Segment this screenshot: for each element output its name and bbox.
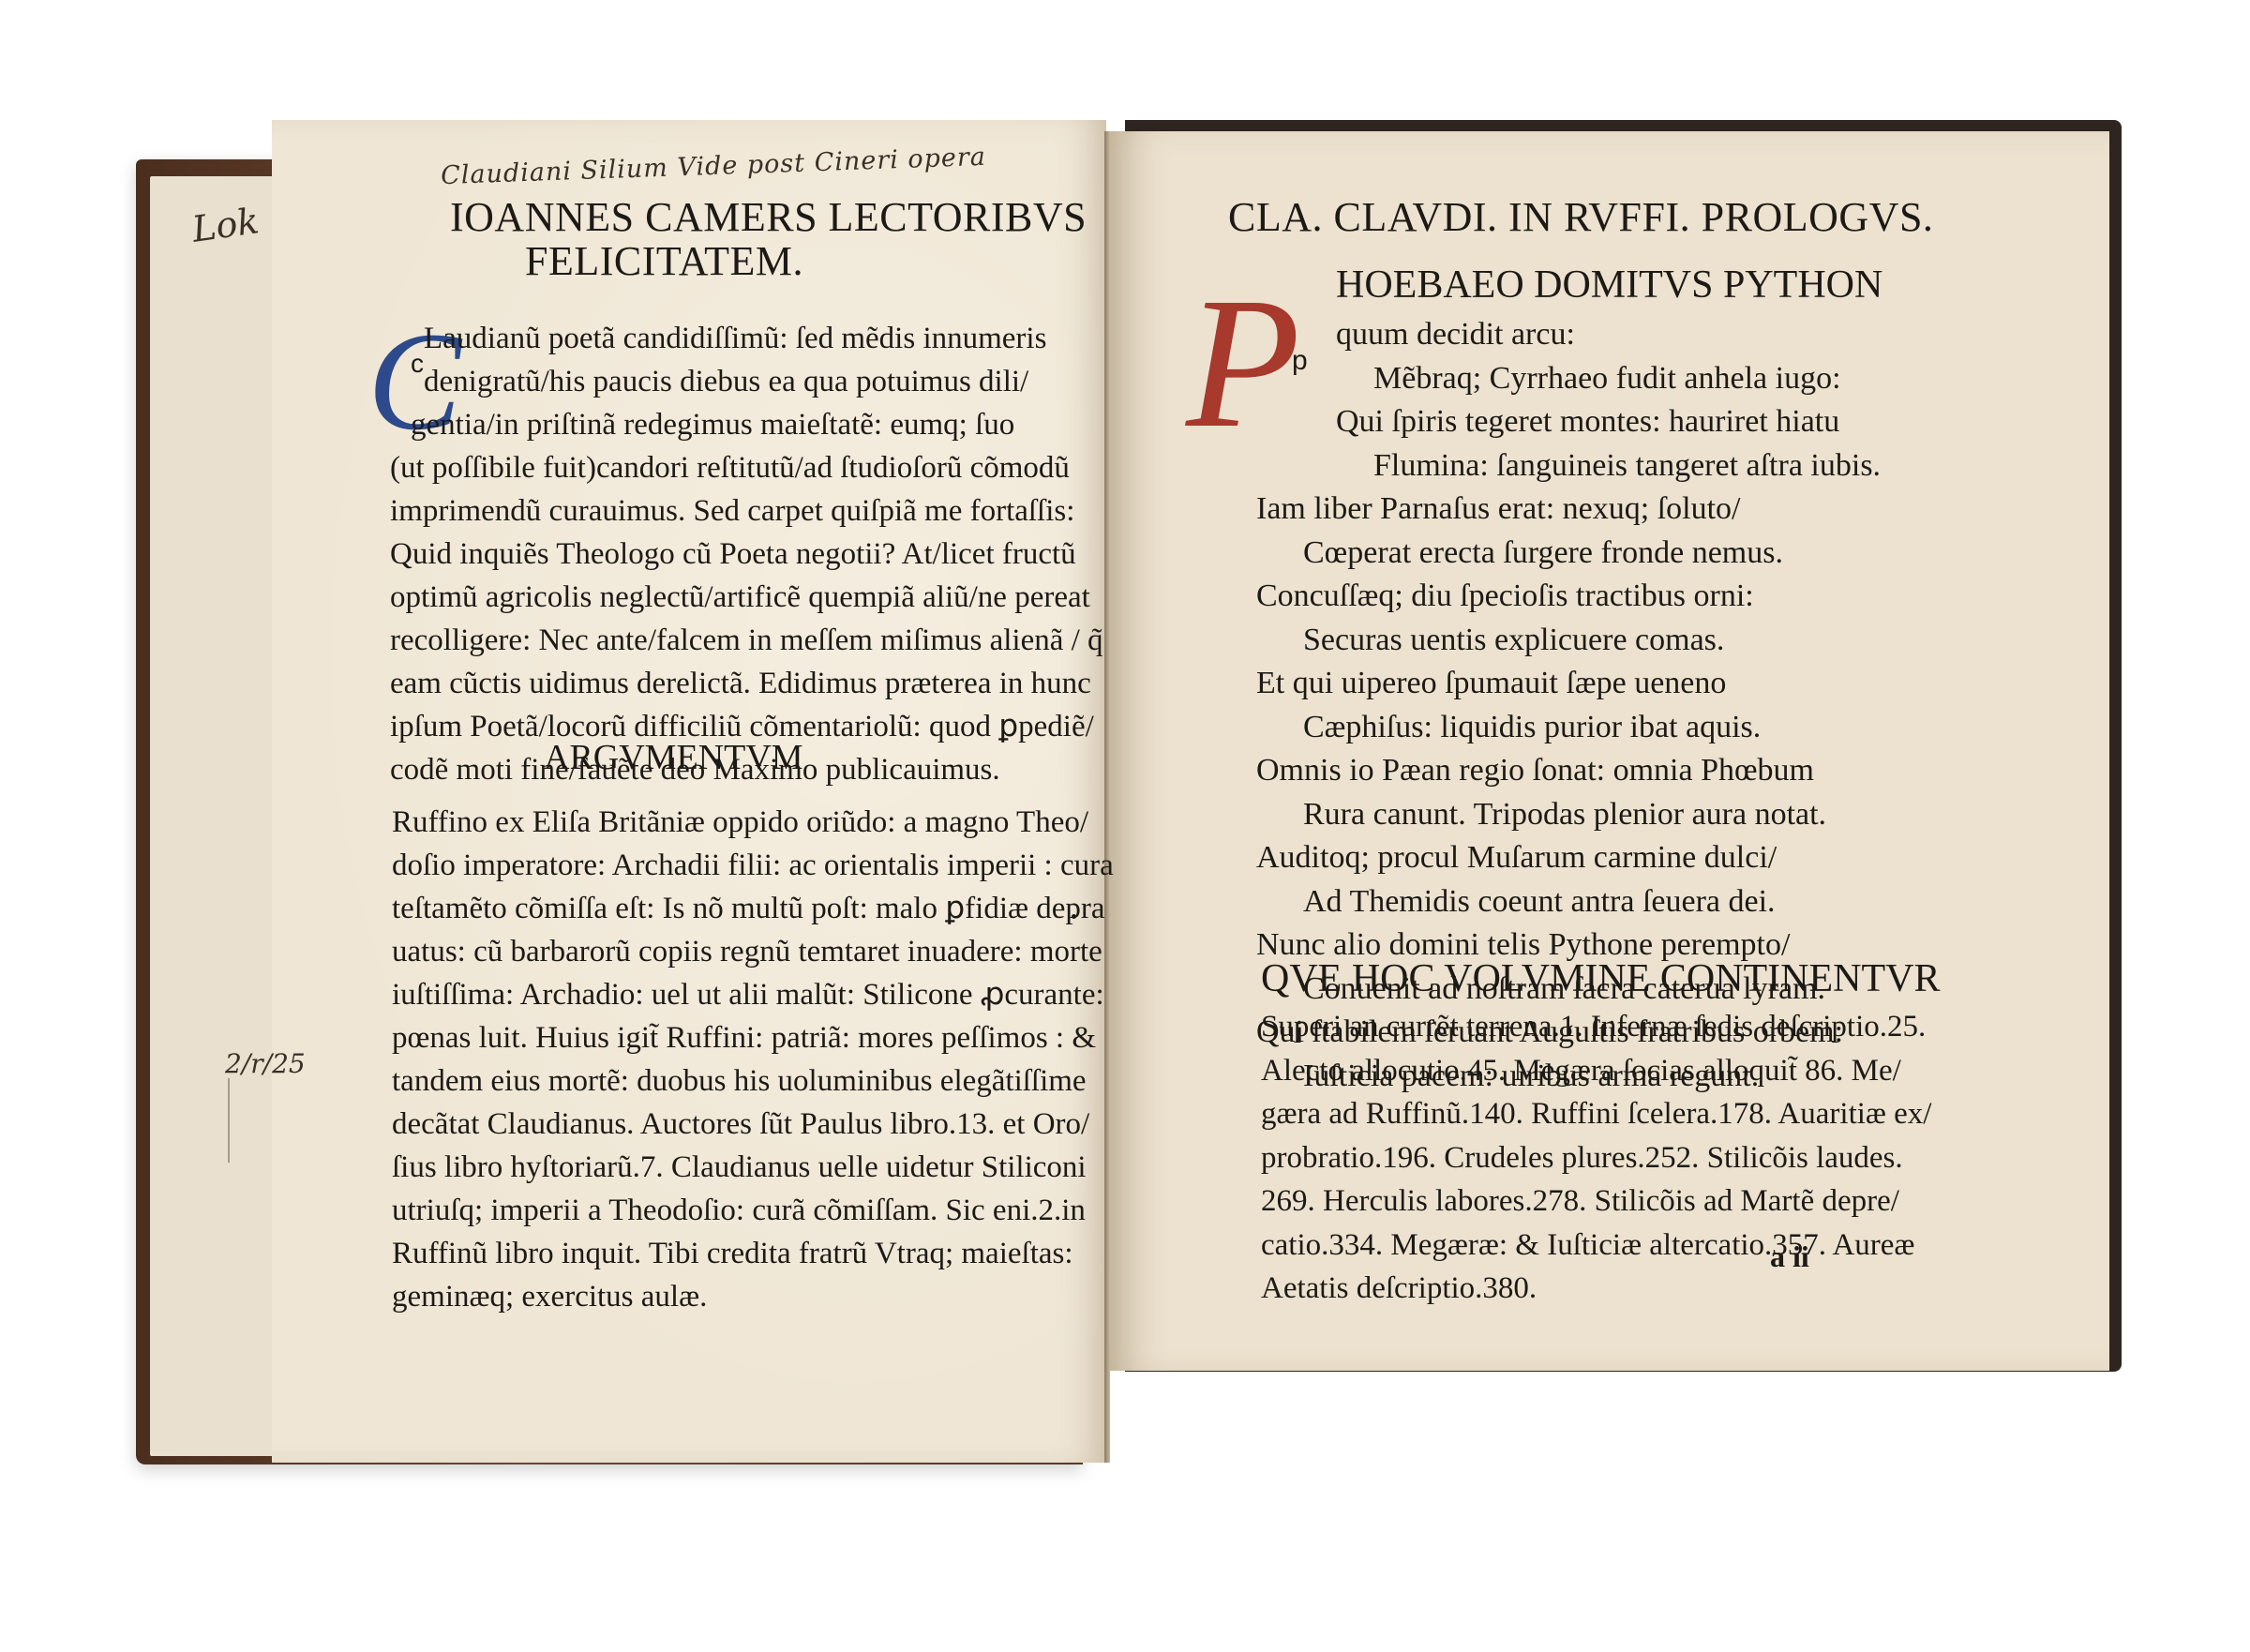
preface-line: Quid inquiẽs Theologo cũ Poeta negotii? … (390, 533, 1020, 576)
margin-annotation: 2/r/25 (225, 1048, 306, 1079)
preface-text: Laudianũ poetã candidiſſimũ: ſed mẽdis i… (401, 317, 1020, 791)
preface-line: gentia/in priſtinã redegimus maieſtatẽ: … (401, 403, 1020, 446)
contents-line: gæra ad Ruffinũ.140. Ruffini ſcelera.178… (1261, 1092, 1931, 1136)
verse-line: Qui ſpiris tegeret montes: hauriret hiat… (1256, 400, 1881, 444)
verse-line: Concuſſæq; diu ſpecioſis tractibus orni: (1256, 575, 1881, 619)
argument-line: decãtat Claudianus. Auctores ſũt Paulus … (392, 1103, 1114, 1146)
verse-line: Et qui uipereo ſpumauit ſæpe ueneno (1256, 662, 1881, 706)
preface-line: optimũ agricolis neglectũ/artificẽ quemp… (390, 576, 1020, 619)
contents-line: Aetatis deſcriptio.380. (1261, 1267, 1931, 1311)
argument-line: doſio imperatore: Archadii filii: ac ori… (392, 844, 1114, 887)
verse-line: Rura canunt. Tripodas plenior aura notat… (1256, 793, 1881, 837)
contents-line: catio.334. Megæræ: & Iuſticiæ altercatio… (1261, 1224, 1931, 1268)
argument-line: Ruffino ex Eliſa Britãniæ oppido oriũdo:… (392, 801, 1114, 844)
argument-line: teſtamẽto cõmiſſa eſt: Is nõ multũ poſt:… (392, 887, 1114, 930)
argument-line: iuſtiſſima: Archadio: uel ut alii malũt:… (392, 973, 1114, 1016)
ink-spot (1072, 914, 1076, 919)
verse-line: Auditoq; procul Muſarum carmine dulci/ (1256, 836, 1881, 880)
preface-line: recolligere: Nec ante/falcem in meſſem m… (390, 619, 1020, 662)
argument-line: geminæq; exercitus aulæ. (392, 1275, 1114, 1318)
verse-line: quum decidit arcu: (1256, 313, 1881, 357)
verse-line: Iam liber Parnaſus erat: nexuq; ſoluto/ (1256, 488, 1881, 532)
argument-line: utriuſq; imperii a Theodoſio: curã cõmiſ… (392, 1189, 1114, 1232)
verse-line: Mẽbraq; Cyrrhaeo fudit anhela iugo: (1256, 357, 1881, 401)
preface-line: denigratũ/his paucis diebus ea qua potui… (401, 360, 1020, 403)
verse-line: Omnis io Pæan regio ſonat: omnia Phœbum (1256, 749, 1881, 793)
contents-line: 269. Herculis labores.278. Stilicõis ad … (1261, 1179, 1931, 1224)
contents-title: QVE HOC VOLVMINE CONTINENTVR (1261, 956, 1940, 1001)
preface-line: Laudianũ poetã candidiſſimũ: ſed mẽdis i… (401, 317, 1020, 360)
contents-line: Alecto allocutio.45. Megæra ſocias alloq… (1261, 1049, 1931, 1093)
argument-line: Ruffinũ libro inquit. Tibi credita fratr… (392, 1232, 1114, 1275)
argument-line: pœnas luit. Huius igit̃ Ruffini: patriã:… (392, 1016, 1114, 1059)
argument-text: Ruffino ex Eliſa Britãniæ oppido oriũdo:… (392, 801, 1114, 1318)
signature-mark: a ii (1770, 1239, 1809, 1274)
argument-line: ſius libro hyſtoriarũ.7. Claudianus uell… (392, 1146, 1114, 1189)
left-page-title: IOANNES CAMERS LECTORIBVS FELICITATEM. (450, 193, 1087, 285)
preface-line: imprimendũ curauimus. Sed carpet quiſpiã… (390, 489, 1020, 533)
verse-line: Cœperat erecta ſurgere fronde nemus. (1256, 532, 1881, 576)
argument-title: ARGVMENTVM (544, 737, 803, 778)
contents-line: Superi an currẽt terrena.1. Infernæ ſedi… (1261, 1005, 1931, 1049)
title-line-2: FELICITATEM. (450, 237, 1087, 285)
verse-heading: HOEBAEO DOMITVS PYTHON (1336, 263, 1882, 308)
preface-line: (ut poſſibile fuit)candori reſtitutũ/ad … (390, 446, 1020, 489)
contents-list: Superi an currẽt terrena.1. Infernæ ſedi… (1261, 1005, 1931, 1311)
argument-line: uatus: cũ barbarorũ copiis regnũ temtare… (392, 930, 1114, 973)
margin-rule (228, 1078, 230, 1163)
verse-line: Cæphiſus: liquidis purior ibat aquis. (1256, 706, 1881, 750)
contents-line: probratio.196. Crudeles plures.252. Stil… (1261, 1136, 1931, 1180)
verse-line: Ad Themidis coeunt antra ſeuera dei. (1256, 880, 1881, 924)
argument-line: tandem eius mortẽ: duobus his uoluminibu… (392, 1059, 1114, 1103)
preface-line: eam cũctis uidimus derelictã. Edidimus p… (390, 662, 1020, 705)
title-line-1: IOANNES CAMERS LECTORIBVS (450, 194, 1087, 240)
verse-line: Securas uentis explicuere comas. (1256, 619, 1881, 663)
running-title: CLA. CLAVDI. IN RVFFI. PROLOGVS. (1228, 193, 1933, 241)
verse-line: Flumina: ſanguineis tangeret aſtra iubis… (1256, 444, 1881, 488)
